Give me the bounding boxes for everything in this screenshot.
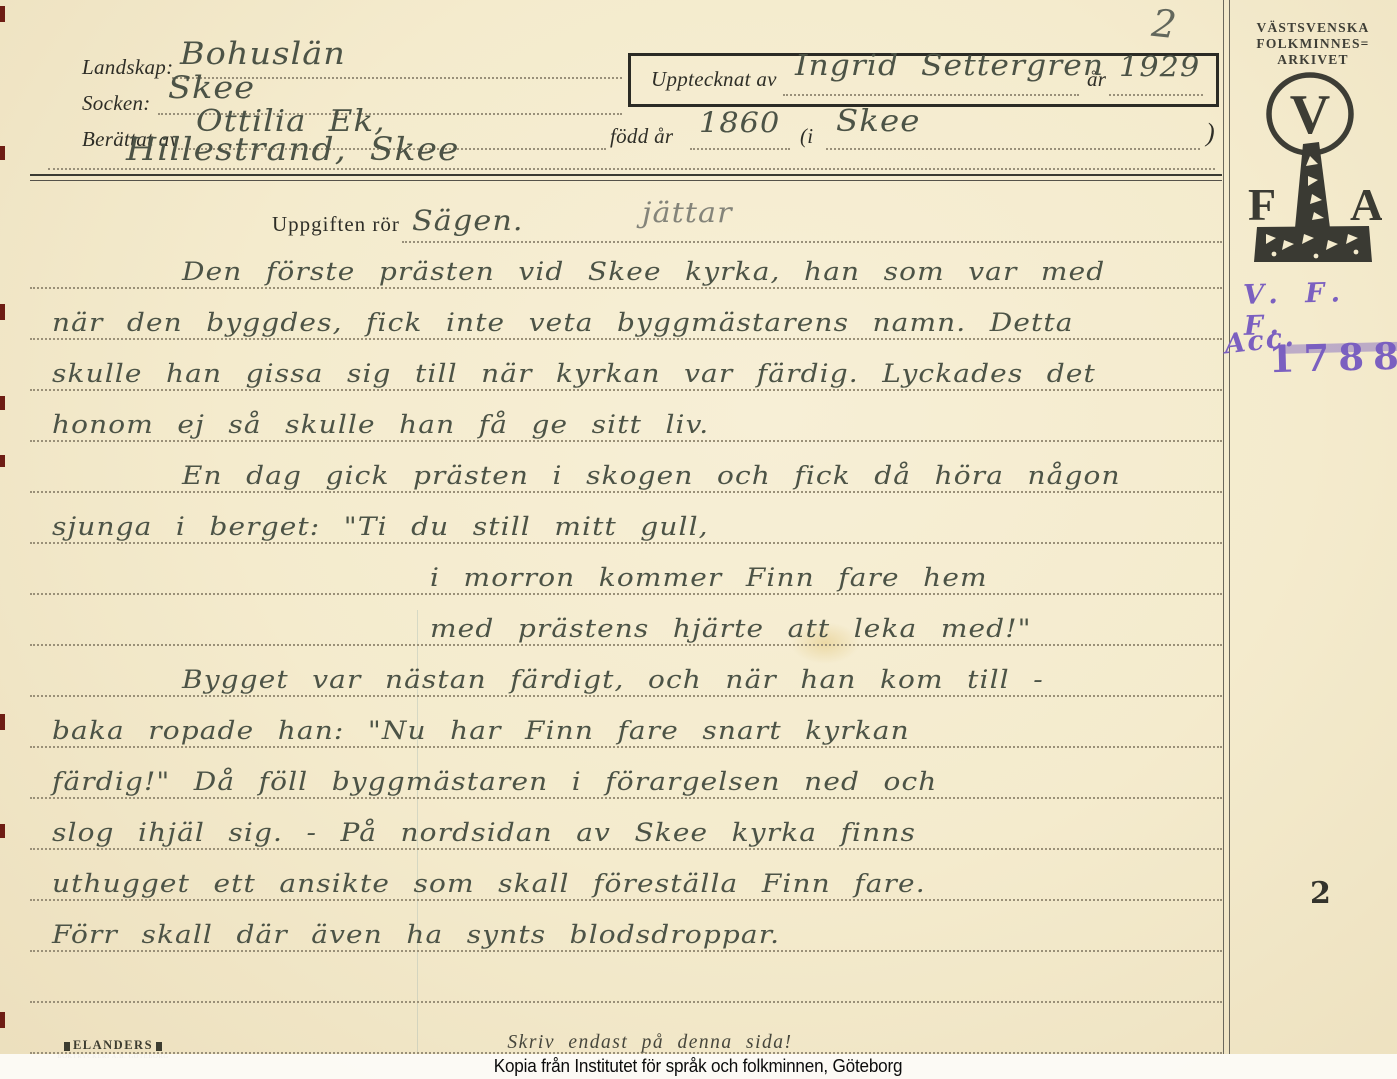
story-line-text: Bygget var nästan färdigt, och när han k…	[182, 665, 1044, 694]
topic-value: Sägen.	[412, 204, 524, 237]
archive-org-line: VÄSTSVENSKA	[1234, 20, 1392, 36]
vfa-thors-hammer-logo: V F A	[1244, 72, 1382, 284]
dotted-line	[48, 168, 1215, 170]
story-line: slog ihjäl sig. - På nordsidan av Skee k…	[30, 799, 1222, 850]
story-line: En dag gick prästen i skogen och fick då…	[30, 442, 1222, 493]
logo-letter-f: F	[1248, 179, 1276, 230]
scan-artifact	[0, 824, 5, 838]
fodd-ar-value: 1860	[699, 106, 780, 139]
accession-stamp: V. F. F. 1788* Acc.	[1229, 276, 1397, 382]
empty-ruled-line	[30, 952, 1222, 1003]
story-line-text: Förr skall där även ha synts blodsdroppa…	[52, 920, 780, 949]
copy-attribution-text: Kopia från Institutet för språk och folk…	[494, 1054, 903, 1078]
story-line-text: baka ropade han: "Nu har Finn fare snart…	[52, 716, 910, 745]
dotted-line	[826, 148, 1200, 150]
story-line-text: med prästens hjärte att leka med!"	[430, 614, 1032, 643]
dotted-line	[783, 94, 1079, 96]
story-line-text: skulle han gissa sig till när kyrkan var…	[52, 359, 1096, 388]
scan-artifact	[0, 6, 5, 22]
upptecknat-box: Upptecknat av Ingrid Settergren år 1929	[628, 53, 1219, 107]
story-line: färdig!" Då föll byggmästaren i förargel…	[30, 748, 1222, 799]
fodd-place-value: Skee	[836, 104, 921, 139]
story-line-text: honom ej så skulle han få ge sitt liv.	[52, 410, 709, 439]
printer-name: ELANDERS	[42, 1038, 184, 1053]
archive-org-line: FOLKMINNES=	[1234, 36, 1392, 52]
story-line-text: färdig!" Då föll byggmästaren i förargel…	[52, 767, 937, 796]
landskap-label: Landskap:	[82, 55, 173, 80]
socken-label: Socken:	[82, 91, 151, 116]
story-line: Förr skall där även ha synts blodsdroppa…	[30, 901, 1222, 952]
story-line-text: En dag gick prästen i skogen och fick då…	[182, 461, 1121, 490]
handwritten-page-number: 2	[1150, 1, 1179, 47]
story-line-text: uthugget ett ansikte som skall föreställ…	[52, 869, 926, 898]
dotted-line	[1109, 94, 1203, 96]
scan-artifact	[0, 455, 5, 467]
scan-artifact	[0, 1012, 5, 1028]
landskap-value: Bohuslän	[180, 36, 346, 72]
story-line: uthugget ett ansikte som skall föreställ…	[30, 850, 1222, 901]
story-line-text: sjunga i berget: "Ti du still mitt gull,	[52, 512, 709, 541]
archive-org-line: ARKIVET	[1234, 52, 1392, 68]
column-divider-line	[1229, 0, 1230, 1054]
fodd-place-prefix: (i	[800, 124, 813, 149]
upptecknat-label: Upptecknat av	[651, 67, 777, 92]
socken-value: Skee	[168, 70, 255, 106]
story-line-text: i morron kommer Finn fare hem	[430, 563, 988, 592]
story-line: Den förste prästen vid Skee kyrka, han s…	[30, 238, 1222, 289]
story-line: skulle han gissa sig till när kyrkan var…	[30, 340, 1222, 391]
header-divider	[30, 174, 1222, 181]
story-line: sjunga i berget: "Ti du still mitt gull,	[30, 493, 1222, 544]
story-line: Bygget var nästan färdigt, och när han k…	[30, 646, 1222, 697]
thors-hammer-head	[1254, 226, 1372, 262]
berattat-av-value-line2: Hillestrand, Skee	[126, 130, 460, 168]
fodd-place-suffix: )	[1206, 118, 1215, 148]
story-verse-line: med prästens hjärte att leka med!"	[30, 595, 1222, 646]
dotted-line	[690, 148, 790, 150]
column-divider-line	[1223, 0, 1224, 1054]
thors-hammer-icon	[1295, 142, 1330, 228]
story-line: baka ropade han: "Nu har Finn fare snart…	[30, 697, 1222, 748]
fodd-ar-label: född år	[610, 124, 673, 149]
write-only-instruction: Skriv endast på denna sida!	[410, 1032, 890, 1054]
uppgiften-ror-label: Uppgiften rör	[272, 212, 400, 237]
printed-page-number: 2	[1310, 876, 1331, 911]
story-line-text: slog ihjäl sig. - På nordsidan av Skee k…	[52, 818, 916, 847]
logo-letter-a: A	[1350, 179, 1382, 230]
scan-artifact	[0, 714, 5, 730]
scan-artifact	[0, 396, 5, 410]
archive-org-name: VÄSTSVENSKA FOLKMINNES= ARKIVET	[1234, 20, 1392, 68]
upptecknat-ar-label: år	[1087, 67, 1106, 92]
scanned-form-page: 2 Landskap: Bohuslän Socken: Skee Berätt…	[0, 0, 1397, 1079]
scan-artifact	[0, 146, 5, 160]
story-line-text: Den förste prästen vid Skee kyrka, han s…	[182, 257, 1105, 286]
upptecknat-ar-value: 1929	[1119, 50, 1200, 83]
topic-category-pencil: jättar	[642, 196, 733, 229]
copy-attribution-bar: Kopia från Institutet för språk och folk…	[0, 1054, 1397, 1079]
story-line: när den byggdes, fick inte veta byggmäst…	[30, 289, 1222, 340]
story-text-block: Den förste prästen vid Skee kyrka, han s…	[30, 238, 1222, 1054]
story-verse-line: i morron kommer Finn fare hem	[30, 544, 1222, 595]
story-line: honom ej så skulle han få ge sitt liv.	[30, 391, 1222, 442]
scan-artifact	[0, 304, 5, 320]
upptecknat-value: Ingrid Settergren	[795, 48, 1104, 82]
story-line-text: när den byggdes, fick inte veta byggmäst…	[52, 308, 1074, 337]
logo-letter-v: V	[1290, 84, 1330, 146]
